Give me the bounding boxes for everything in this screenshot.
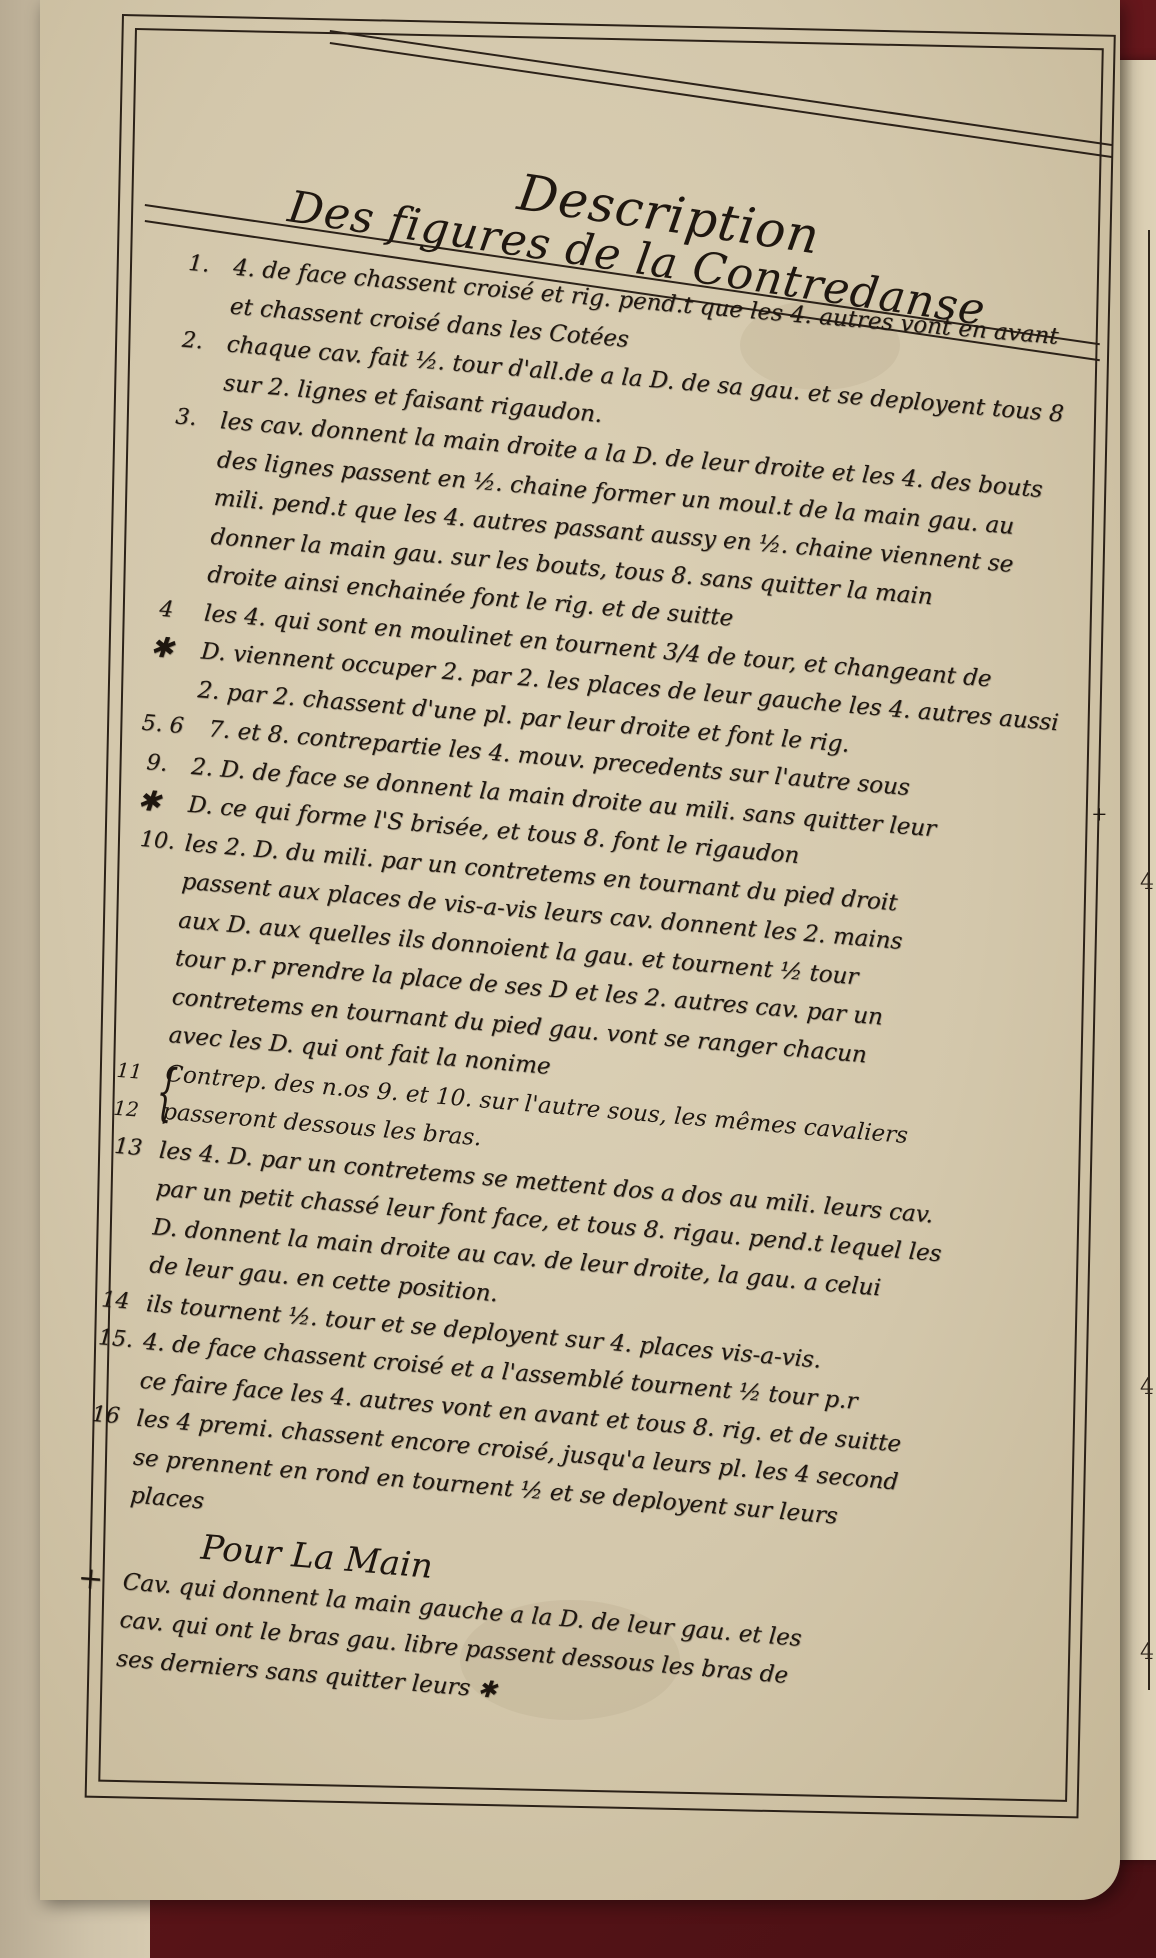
facing-mark: 4 — [1140, 870, 1154, 895]
photo-scene: 4 4 4. Description Des figures de la Con… — [0, 0, 1156, 1958]
facing-page-frame — [1148, 230, 1156, 1690]
entry-number: 11 — [115, 1050, 144, 1090]
facing-mark: 4. — [1140, 1640, 1156, 1665]
asterisk-mark-icon: ✱ — [136, 781, 163, 821]
entry-number: 15. — [97, 1319, 142, 1361]
entry-number: 13 — [113, 1127, 158, 1169]
plus-mark-icon: + — [76, 1559, 121, 1601]
facing-mark: 4 — [1140, 1375, 1154, 1400]
entry-number: 12 — [112, 1089, 141, 1129]
entry-number: 9. — [145, 744, 190, 786]
entry-number: 3. — [174, 398, 219, 440]
entry-number: 14 — [100, 1281, 145, 1323]
asterisk-end-mark-icon: ✱ — [476, 1676, 497, 1704]
asterisk-mark-icon: ✱ — [149, 628, 176, 668]
entry-number: 16 — [90, 1396, 135, 1438]
entry-number: 4 — [158, 590, 203, 632]
entry-number: 1. — [187, 245, 232, 287]
entry-numbers: 11 12 — [112, 1050, 144, 1129]
entry-number: 10. — [138, 820, 183, 862]
figure-descriptions: 1. 4. de face chassent croisé et rig. pe… — [70, 245, 1097, 1750]
entry-number: 2. — [180, 322, 225, 364]
plus-margin-mark-icon: + — [1092, 800, 1107, 830]
entry-number: 5. 6 — [140, 705, 185, 747]
